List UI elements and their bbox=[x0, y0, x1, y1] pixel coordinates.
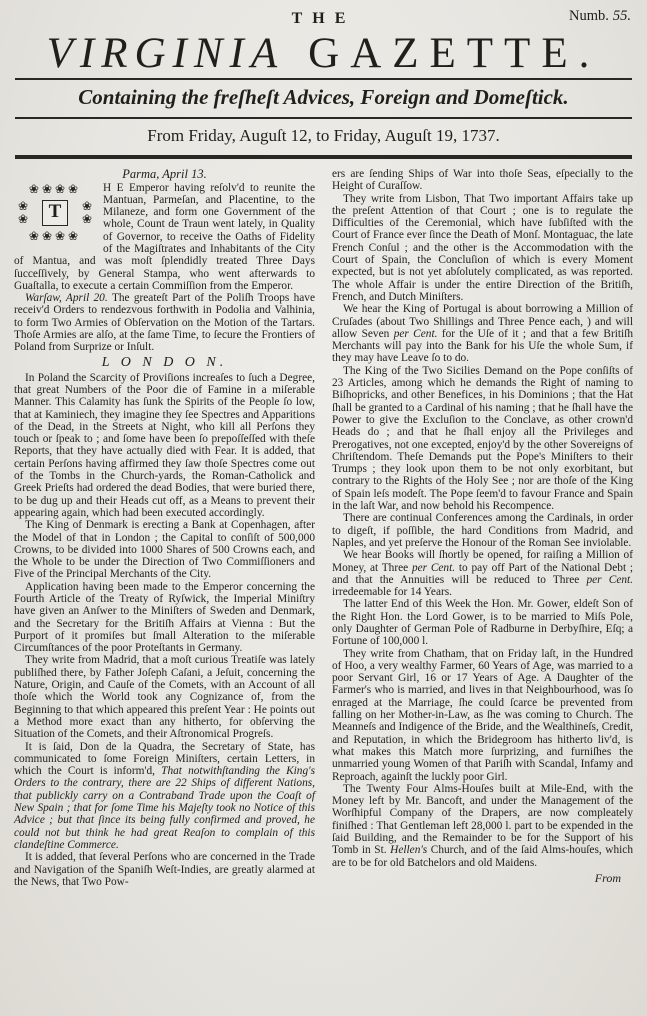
text-run: The latter End of this Week the Hon. Mr.… bbox=[332, 598, 633, 647]
paragraph: We hear Books will ſhortly be opened, fo… bbox=[332, 549, 633, 598]
text-run: L O N D O N. bbox=[102, 355, 228, 370]
text-run: ers are ſending Ships of War into thoſe … bbox=[332, 168, 633, 192]
body-columns: Parma, April 13.❀❀❀❀❀ ❀T❀ ❀❀❀❀❀H E Emper… bbox=[14, 168, 633, 888]
rule-below-date bbox=[15, 155, 632, 159]
issue-date-line: From Friday, Auguſt 12, to Friday, Auguſ… bbox=[14, 119, 633, 155]
text-run: It is added, that ſeveral Perſons who ar… bbox=[14, 851, 315, 888]
paragraph: In Poland the Scarcity of Proviſions inc… bbox=[14, 372, 315, 520]
florette-ornament-icon: ❀❀❀❀ bbox=[14, 230, 96, 243]
ornamental-dropcap: ❀❀❀❀❀ ❀T❀ ❀❀❀❀❀ bbox=[14, 183, 96, 243]
issue-number-label: Numb. bbox=[569, 8, 609, 24]
paragraph: The King of the Two Sicilies Demand on t… bbox=[332, 365, 633, 513]
dropcap-letter: T bbox=[42, 200, 68, 226]
catchword: From bbox=[332, 872, 633, 884]
paragraph: It is ſaid, Don de la Quadra, the Secret… bbox=[14, 741, 315, 852]
paragraph: It is added, that ſeveral Perſons who ar… bbox=[14, 851, 315, 888]
text-run: Warſaw, April 20. bbox=[25, 292, 112, 304]
newspaper-page: THE Numb.55. VIRGINIA GAZETTE. Containin… bbox=[0, 0, 647, 1016]
issue-number-value: 55. bbox=[613, 8, 631, 24]
paragraph: The latter End of this Week the Hon. Mr.… bbox=[332, 598, 633, 647]
header: THE Numb.55. bbox=[14, 4, 633, 28]
text-run: irredeemable for 14 Years. bbox=[332, 586, 452, 598]
paragraph: Warſaw, April 20. The greateſt Part of t… bbox=[14, 292, 315, 353]
text-run: That notwithſtanding the King's Orders t… bbox=[14, 765, 315, 851]
text-run: From bbox=[595, 871, 621, 885]
text-run: per Cent. bbox=[394, 328, 438, 340]
issue-number: Numb.55. bbox=[569, 8, 631, 25]
text-run: Hellen's bbox=[390, 844, 427, 856]
paragraph: ❀❀❀❀❀ ❀T❀ ❀❀❀❀❀H E Emperor having reſolv… bbox=[14, 182, 315, 293]
paragraph: Application having been made to the Empe… bbox=[14, 581, 315, 655]
paragraph: They write from Lisbon, That Two importa… bbox=[332, 193, 633, 304]
paragraph: There are continual Conferences among th… bbox=[332, 512, 633, 549]
text-run: There are continual Conferences among th… bbox=[332, 512, 633, 549]
text-run: Application having been made to the Empe… bbox=[14, 581, 315, 654]
text-run: The King of the Two Sicilies Demand on t… bbox=[332, 365, 633, 512]
text-run: per Cent. bbox=[412, 562, 455, 574]
text-run: In Poland the Scarcity of Proviſions inc… bbox=[14, 372, 315, 519]
paragraph: They write from Madrid, that a moſt curi… bbox=[14, 654, 315, 740]
right-column: ers are ſending Ships of War into thoſe … bbox=[332, 168, 633, 888]
text-run: They write from Chatham, that on Friday … bbox=[332, 648, 633, 783]
florette-ornament-icon: ❀ ❀ bbox=[82, 200, 92, 226]
header-the: THE bbox=[292, 4, 356, 28]
paragraph: We hear the King of Portugal is about bo… bbox=[332, 303, 633, 364]
masthead-gazette: GAZETTE. bbox=[308, 29, 600, 78]
dropcap-middle: ❀ ❀T❀ ❀ bbox=[14, 196, 96, 230]
text-run: Parma, April 13. bbox=[122, 167, 207, 181]
florette-ornament-icon: ❀❀❀❀ bbox=[14, 183, 96, 196]
motto: Containing the freſheſt Advices, Foreign… bbox=[14, 80, 633, 117]
paragraph: The Twenty Four Alms-Houſes built at Mil… bbox=[332, 783, 633, 869]
article-dateline: Parma, April 13. bbox=[14, 168, 315, 182]
text-run: per Cent. bbox=[586, 574, 633, 586]
section-heading: L O N D O N. bbox=[14, 355, 315, 371]
paragraph: They write from Chatham, that on Friday … bbox=[332, 648, 633, 783]
masthead-virginia: VIRGINIA bbox=[47, 29, 285, 78]
paragraph: ers are ſending Ships of War into thoſe … bbox=[332, 168, 633, 193]
masthead: VIRGINIA GAZETTE. bbox=[14, 29, 633, 78]
florette-ornament-icon: ❀ ❀ bbox=[18, 200, 28, 226]
paragraph: The King of Denmark is erecting a Bank a… bbox=[14, 519, 315, 580]
text-run: They write from Madrid, that a moſt curi… bbox=[14, 654, 315, 740]
text-run: They write from Lisbon, That Two importa… bbox=[332, 193, 633, 303]
left-column: Parma, April 13.❀❀❀❀❀ ❀T❀ ❀❀❀❀❀H E Emper… bbox=[14, 168, 315, 888]
text-run: The King of Denmark is erecting a Bank a… bbox=[14, 519, 315, 580]
